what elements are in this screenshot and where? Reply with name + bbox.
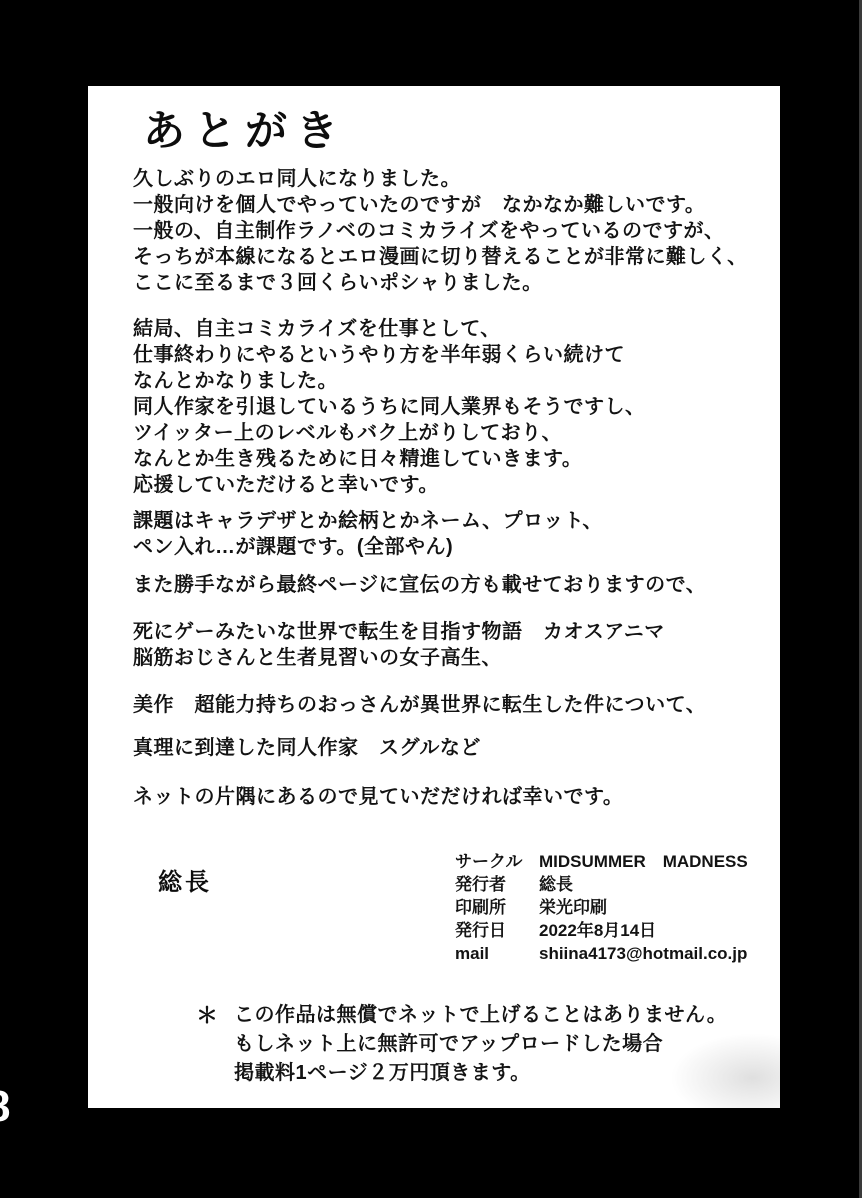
text-line: 掲載料1ページ２万円頂きます。	[234, 1059, 727, 1088]
text-line: また勝手ながら最終ページに宣伝の方も載せておりますので、	[133, 572, 753, 598]
notice-lines: この作品は無償でネットで上げることはありません。 もしネット上に無許可でアップロ…	[234, 1001, 727, 1088]
asterisk-marker: ＊	[196, 1001, 218, 1030]
paragraph: ネットの片隅にあるので見ていだだければ幸いです。	[133, 784, 753, 810]
colophon-row-circle: サークル MIDSUMMER MADNESS	[455, 850, 748, 873]
page-number: 8	[0, 1082, 10, 1132]
colophon-row-date: 発行日 2022年8月14日	[455, 919, 748, 942]
text-line: 一般の、自主制作ラノベのコミカライズをやっているのですが、	[133, 218, 753, 244]
afterword-paper: あとがき 久しぶりのエロ同人になりました。 一般向けを個人でやっていたのですが …	[88, 86, 780, 1108]
paragraph: 結局、自主コミカライズを仕事として、 仕事終わりにやるというやり方を半年弱くらい…	[133, 316, 753, 498]
text-line: 真理に到達した同人作家 スグルなど	[133, 735, 753, 761]
text-line: 美作 超能力持ちのおっさんが異世界に転生した件について、	[133, 692, 753, 718]
text-line: 応援していただけると幸いです。	[133, 472, 753, 498]
scanned-afterword-page: { "page": { "title": "あとがき", "page_numbe…	[0, 0, 862, 1198]
text-line: 仕事終わりにやるというやり方を半年弱くらい続けて	[133, 342, 753, 368]
colophon-label: mail	[455, 942, 539, 965]
upload-warning-notice: ＊ この作品は無償でネットで上げることはありません。 もしネット上に無許可でアッ…	[196, 1001, 727, 1088]
text-line: 結局、自主コミカライズを仕事として、	[133, 316, 753, 342]
text-line: ペン入れ…が課題です。(全部やん)	[133, 534, 753, 560]
colophon-label: 印刷所	[455, 896, 539, 919]
text-line: 課題はキャラデザとか絵柄とかネーム、プロット、	[133, 508, 753, 534]
afterword-title: あとがき	[143, 98, 347, 158]
text-line: 久しぶりのエロ同人になりました。	[133, 166, 753, 192]
text-line: なんとかなりました。	[133, 368, 753, 394]
colophon-row-printer: 印刷所 栄光印刷	[455, 896, 748, 919]
text-line: なんとか生き残るために日々精進していきます。	[133, 446, 753, 472]
text-line: ここに至るまで３回くらいポシャりました。	[133, 270, 753, 296]
text-line: ネットの片隅にあるので見ていだだければ幸いです。	[133, 784, 753, 810]
text-line: 死にゲーみたいな世界で転生を目指す物語 カオスアニマ	[133, 619, 753, 645]
colophon-label: 発行日	[455, 919, 539, 942]
colophon-row-mail: mail shiina4173@hotmail.co.jp	[455, 942, 748, 965]
text-line: 脳筋おじさんと生者見習いの女子高生、	[133, 645, 753, 671]
text-line: 同人作家を引退しているうちに同人業界もそうですし、	[133, 394, 753, 420]
paragraph: 課題はキャラデザとか絵柄とかネーム、プロット、 ペン入れ…が課題です。(全部やん…	[133, 508, 753, 560]
colophon-value: shiina4173@hotmail.co.jp	[539, 942, 747, 965]
text-line: この作品は無償でネットで上げることはありません。	[234, 1001, 727, 1030]
paragraph: 真理に到達した同人作家 スグルなど	[133, 735, 753, 761]
colophon-block: サークル MIDSUMMER MADNESS 発行者 総長 印刷所 栄光印刷 発…	[455, 850, 748, 965]
paragraph: また勝手ながら最終ページに宣伝の方も載せておりますので、	[133, 572, 753, 598]
colophon-value: 総長	[539, 873, 573, 896]
paragraph: 美作 超能力持ちのおっさんが異世界に転生した件について、	[133, 692, 753, 718]
text-line: 一般向けを個人でやっていたのですが なかなか難しいです。	[133, 192, 753, 218]
paragraph: 久しぶりのエロ同人になりました。 一般向けを個人でやっていたのですが なかなか難…	[133, 166, 753, 296]
colophon-label: サークル	[455, 850, 539, 873]
text-line: ツイッター上のレベルもバク上がりしており、	[133, 420, 753, 446]
afterword-body: 久しぶりのエロ同人になりました。 一般向けを個人でやっていたのですが なかなか難…	[133, 166, 753, 810]
text-line: もしネット上に無許可でアップロードした場合	[234, 1030, 727, 1059]
colophon-value: MIDSUMMER MADNESS	[539, 850, 748, 873]
text-line: そっちが本線になるとエロ漫画に切り替えることが非常に難しく、	[133, 244, 753, 270]
author-signature: 総長	[158, 862, 212, 897]
colophon-value: 2022年8月14日	[539, 919, 656, 942]
paragraph: 死にゲーみたいな世界で転生を目指す物語 カオスアニマ 脳筋おじさんと生者見習いの…	[133, 619, 753, 671]
colophon-label: 発行者	[455, 873, 539, 896]
colophon-value: 栄光印刷	[539, 896, 607, 919]
colophon-row-publisher: 発行者 総長	[455, 873, 748, 896]
